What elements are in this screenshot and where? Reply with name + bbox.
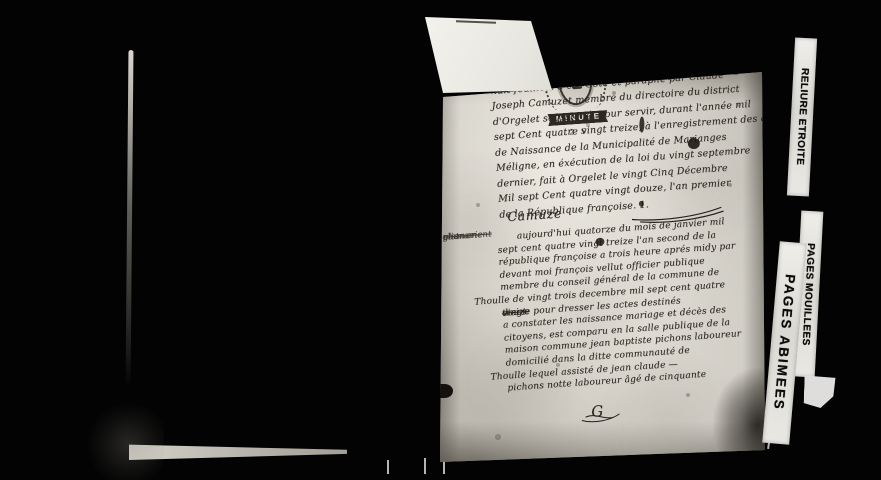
stamp-arc	[550, 48, 597, 66]
paraph-flourish	[579, 410, 622, 425]
handwritten-content: Mélignes 1793 et 94 Naissances. 8 mier e…	[433, 46, 793, 474]
page-marker: premier	[662, 49, 717, 68]
label-text: PAGES ABIMEES	[771, 274, 798, 412]
slip-ink-line	[456, 20, 496, 23]
scratch-mark	[424, 458, 426, 474]
paragraph-acte: aujourd'hui quatorze du mois de janvier …	[497, 216, 745, 396]
margin-note-line: chon	[442, 231, 464, 243]
label-reliure-etroite: RELIURE ETROITE	[787, 38, 817, 197]
book-corner-shadow	[86, 402, 164, 480]
register-page: Mélignes 1793 et 94 Naissances. 8 mier e…	[437, 64, 769, 470]
edge-stain	[436, 384, 453, 398]
label-text: RELIURE ETROITE	[794, 68, 810, 166]
archive-photo: Mélignes 1793 et 94 Naissances. 8 mier e…	[0, 0, 881, 480]
book-page-edge	[126, 50, 134, 388]
scratch-mark	[387, 460, 389, 474]
label-blank-end	[803, 375, 835, 408]
paper-slip	[420, 12, 560, 97]
